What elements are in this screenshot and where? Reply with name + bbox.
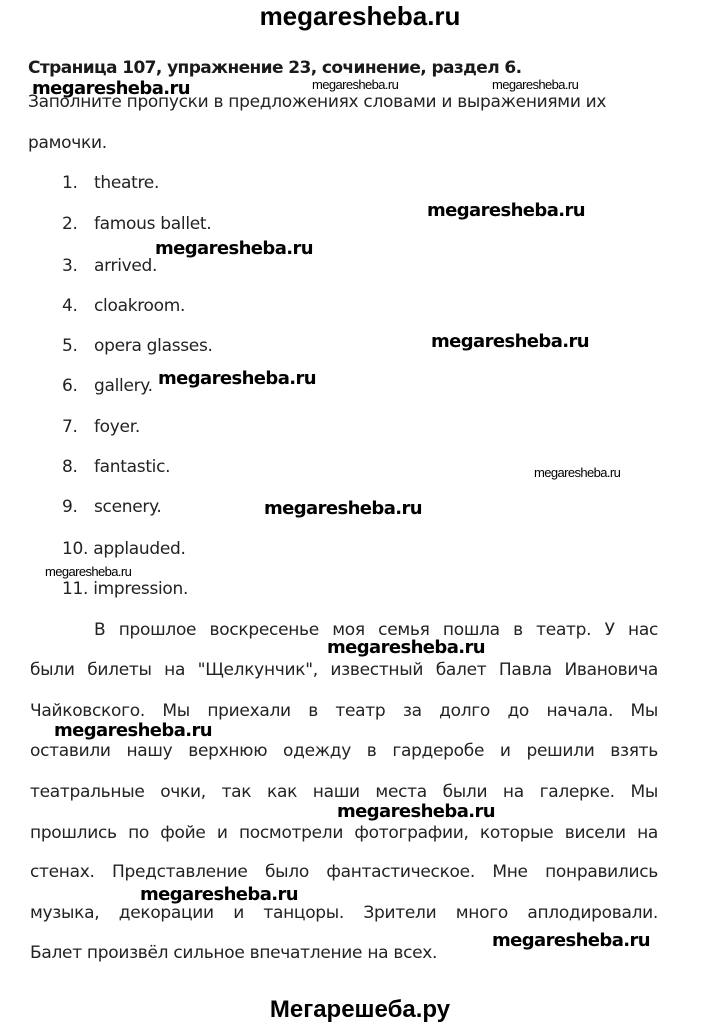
- watermark: megaresheba.ru: [45, 564, 131, 579]
- watermark: megaresheba.ru: [492, 930, 650, 951]
- watermark: megaresheba.ru: [140, 884, 298, 905]
- list-item: 4.cloakroom.: [62, 296, 185, 316]
- watermark: megaresheba.ru: [327, 637, 485, 658]
- list-item: 5.opera glasses.: [62, 336, 213, 356]
- list-item: 3.arrived.: [62, 256, 157, 276]
- page-title: Страница 107, упражнение 23, сочинение, …: [28, 58, 522, 78]
- essay-line: театральные очки, так как наши места был…: [30, 782, 658, 802]
- instruction-line-2: рамочки.: [28, 133, 107, 153]
- list-item: 2.famous ballet.: [62, 214, 211, 234]
- watermark: megaresheba.ru: [337, 801, 495, 822]
- list-item: 6.gallery.: [62, 376, 153, 396]
- watermark: megaresheba.ru: [264, 498, 422, 519]
- watermark: megaresheba.ru: [32, 78, 190, 99]
- essay-line: были билеты на "Щелкунчик", известный ба…: [30, 660, 658, 680]
- list-item: 7.foyer.: [62, 417, 140, 437]
- watermark: megaresheba.ru: [155, 238, 313, 259]
- essay-line: оставили нашу верхнюю одежду в гардеробе…: [30, 741, 658, 761]
- watermark: megaresheba.ru: [158, 368, 316, 389]
- watermark: megaresheba.ru: [492, 77, 578, 92]
- essay-line: стенах. Представление было фантастическо…: [30, 862, 658, 882]
- essay-line: Чайковского. Мы приехали в театр за долг…: [30, 701, 658, 721]
- watermark: megaresheba.ru: [431, 331, 589, 352]
- watermark: megaresheba.ru: [312, 77, 398, 92]
- watermark: megaresheba.ru: [427, 200, 585, 221]
- site-header: megaresheba.ru: [0, 0, 720, 32]
- list-item: 11. impression.: [62, 579, 188, 599]
- watermark: megaresheba.ru: [534, 465, 620, 480]
- essay-line: музыка, декорации и танцоры. Зрители мно…: [30, 903, 658, 923]
- site-footer: Мегарешеба.ру: [0, 996, 720, 1024]
- list-item: 1.theatre.: [62, 173, 159, 193]
- watermark: megaresheba.ru: [54, 720, 212, 741]
- essay-line: прошлись по фойе и посмотрели фотографии…: [30, 823, 658, 843]
- list-item: 8.fantastic.: [62, 457, 170, 477]
- list-item: 10. applauded.: [62, 539, 186, 559]
- list-item: 9.scenery.: [62, 497, 162, 517]
